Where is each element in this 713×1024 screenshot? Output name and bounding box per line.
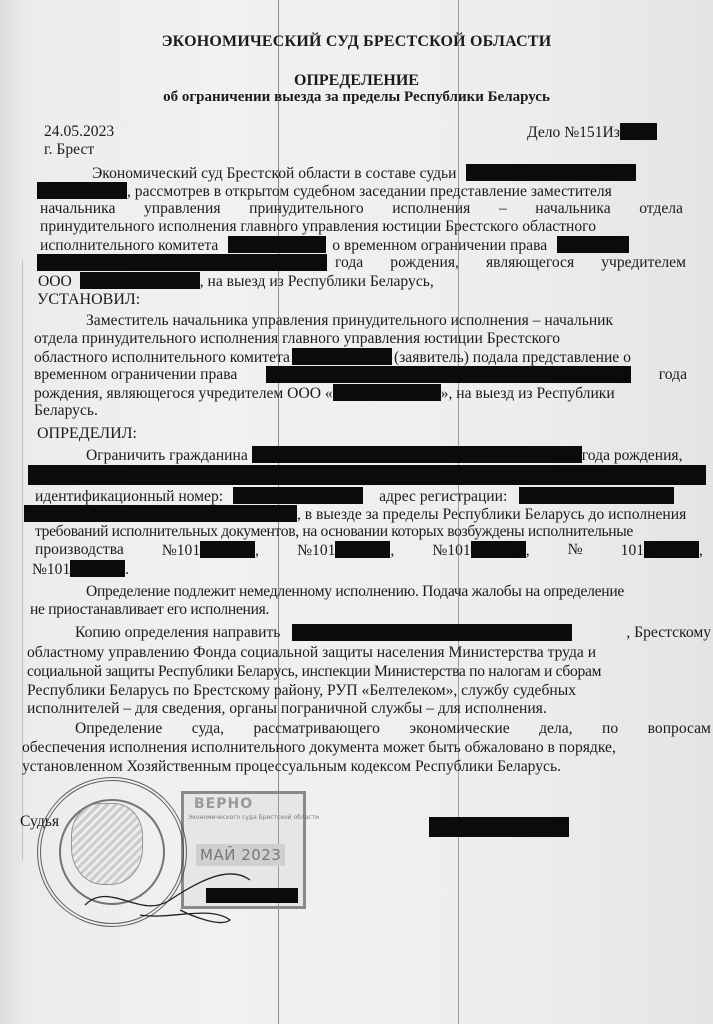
established-line: областного исполнительного комитета(заяв…: [34, 348, 631, 367]
established-line: Заместитель начальника управления принуд…: [86, 312, 613, 330]
text: Копию определения направить: [75, 624, 280, 642]
doc-date: 24.05.2023: [44, 123, 114, 141]
appeal-line: установленном Хозяйственным процессуальн…: [22, 758, 561, 776]
redaction: [24, 505, 297, 522]
text: , рассмотрев в открытом судебном заседан…: [127, 183, 612, 200]
text: , в выезде за пределы Республики Беларус…: [297, 506, 686, 523]
word: №101,: [162, 541, 259, 560]
intro-line: , рассмотрев в открытом судебном заседан…: [37, 182, 683, 201]
established-line: Беларусь.: [34, 402, 98, 420]
word: производства: [35, 541, 124, 560]
established-line: отдела принудительного исполнения главно…: [34, 330, 687, 348]
ruled-heading: ОПРЕДЕЛИЛ:: [37, 425, 137, 443]
word: отдела: [639, 200, 683, 218]
word: управления: [144, 200, 221, 218]
appeal-line: обеспечения исполнения исполнительного д…: [22, 739, 616, 757]
copies-line: социальной защиты Республики Беларусь, и…: [27, 663, 601, 681]
text: исполнительного комитета: [40, 237, 218, 254]
signature: [80, 860, 260, 930]
text: , на выезд из Республики Беларусь,: [200, 273, 434, 290]
redaction: [80, 272, 200, 289]
execution-line: Определение подлежит немедленному исполн…: [86, 583, 624, 601]
execution-line: не приостанавливает его исполнения.: [30, 601, 269, 619]
ruled-line: №101.: [32, 560, 129, 579]
word: №101,: [432, 541, 529, 560]
redaction: [37, 182, 127, 199]
established-line: рождения, являющегося учредителем ООО «»…: [34, 384, 615, 403]
word: дела,: [539, 720, 572, 738]
word: экономические: [409, 720, 509, 738]
ruled-line: , в выезде за пределы Республики Беларус…: [24, 505, 686, 524]
doc-subtitle: об ограничении выезда за пределы Республ…: [0, 89, 713, 106]
redaction: [233, 487, 363, 504]
redaction: [200, 541, 255, 558]
word: года: [335, 254, 363, 272]
copies-line: исполнителей – для сведения, органы погр…: [27, 700, 547, 718]
case-number-text: Дело №151Из: [527, 124, 620, 141]
word: учредителем: [601, 254, 686, 272]
text: года рождения,: [582, 447, 683, 464]
redaction: [335, 541, 390, 558]
redaction: [266, 366, 631, 383]
text: адрес регистрации:: [379, 488, 507, 505]
word: –: [499, 200, 507, 218]
text: Ограничить гражданина: [86, 447, 248, 464]
word: рождения,: [390, 254, 459, 272]
copies-line: Копию определения направить, Брестскому: [75, 624, 711, 642]
ruled-line: [28, 465, 706, 487]
doc-city: г. Брест: [44, 141, 94, 159]
word: №: [568, 541, 583, 560]
text: временном ограничении права: [34, 366, 237, 384]
redaction: [28, 465, 706, 485]
redaction: [519, 487, 674, 504]
appeal-line: Определениесуда,рассматривающегоэкономич…: [75, 720, 711, 738]
word: суда,: [192, 720, 224, 738]
word: являющегося: [486, 254, 574, 272]
word: принудительного: [249, 200, 364, 218]
doc-type: ОПРЕДЕЛЕНИЕ: [0, 72, 713, 90]
ruled-line: идентификационный номер:адрес регистраци…: [35, 487, 674, 506]
text: №101: [32, 561, 70, 578]
word: по: [602, 720, 618, 738]
redaction: [292, 624, 572, 641]
intro-line: начальникауправленияпринудительногоиспол…: [40, 200, 683, 218]
text: областного исполнительного комитета: [34, 349, 290, 366]
established-heading: УСТАНОВИЛ:: [37, 291, 140, 309]
redaction: [252, 446, 582, 463]
text: », на выезд из Республики: [441, 385, 615, 402]
text: (заявитель) подала представление о: [394, 349, 631, 366]
document-page: ЭКОНОМИЧЕСКИЙ СУД БРЕСТСКОЙ ОБЛАСТИ ОПРЕ…: [0, 0, 713, 1024]
ruled-line: требований исполнительных документов, на…: [35, 523, 633, 541]
redaction: [37, 254, 327, 271]
established-line: временном ограничении правагода: [34, 366, 687, 384]
text: идентификационный номер:: [35, 488, 223, 505]
word: вопросам: [648, 720, 711, 738]
ruled-line: производства№101,№101,№101,№101,: [35, 541, 703, 560]
text: рождения, являющегося учредителем ООО «: [34, 385, 333, 402]
text: ООО: [38, 273, 72, 290]
word: Определение: [75, 720, 162, 738]
redaction: [70, 560, 125, 577]
stamp-org: Экономического суда Брестской области: [188, 814, 319, 821]
text: о временном ограничении права: [332, 237, 547, 254]
redaction: [292, 348, 392, 365]
intro-line: принудительного исполнения главного упра…: [40, 218, 683, 236]
redaction: [620, 123, 657, 140]
ruled-line: Ограничить гражданинагода рождения,: [86, 446, 683, 465]
judge-name-redaction: [429, 817, 569, 837]
word: рассматривающего: [254, 720, 380, 738]
word: исполнения: [392, 200, 470, 218]
redaction: [333, 384, 441, 401]
redaction: [228, 236, 326, 253]
intro-line: ООО , на выезд из Республики Беларусь,: [38, 272, 434, 291]
intro-line: годарождения,являющегосяучредителем: [37, 254, 686, 272]
text: Экономический суд Брестской области в со…: [92, 165, 457, 182]
stamp-verno: ВЕРНО: [194, 796, 253, 812]
copies-line: Республики Беларусь по Брестскому району…: [27, 682, 576, 700]
redaction: [644, 541, 699, 558]
word: начальника: [535, 200, 610, 218]
word: начальника: [40, 200, 115, 218]
intro-line: исполнительного комитета о временном огр…: [40, 236, 686, 255]
redaction: [557, 236, 629, 253]
word: 101,: [621, 541, 703, 560]
text: года: [659, 366, 687, 384]
redaction: [471, 541, 526, 558]
case-number: Дело №151Из: [527, 123, 657, 142]
text: , Брестскому: [626, 624, 711, 642]
word: №101,: [297, 541, 394, 560]
copies-line: областному управлению Фонда социальной з…: [27, 644, 713, 662]
court-name: ЭКОНОМИЧЕСКИЙ СУД БРЕСТСКОЙ ОБЛАСТИ: [0, 33, 713, 51]
intro-line: Экономический суд Брестской области в со…: [92, 164, 636, 183]
redaction: [466, 164, 636, 181]
